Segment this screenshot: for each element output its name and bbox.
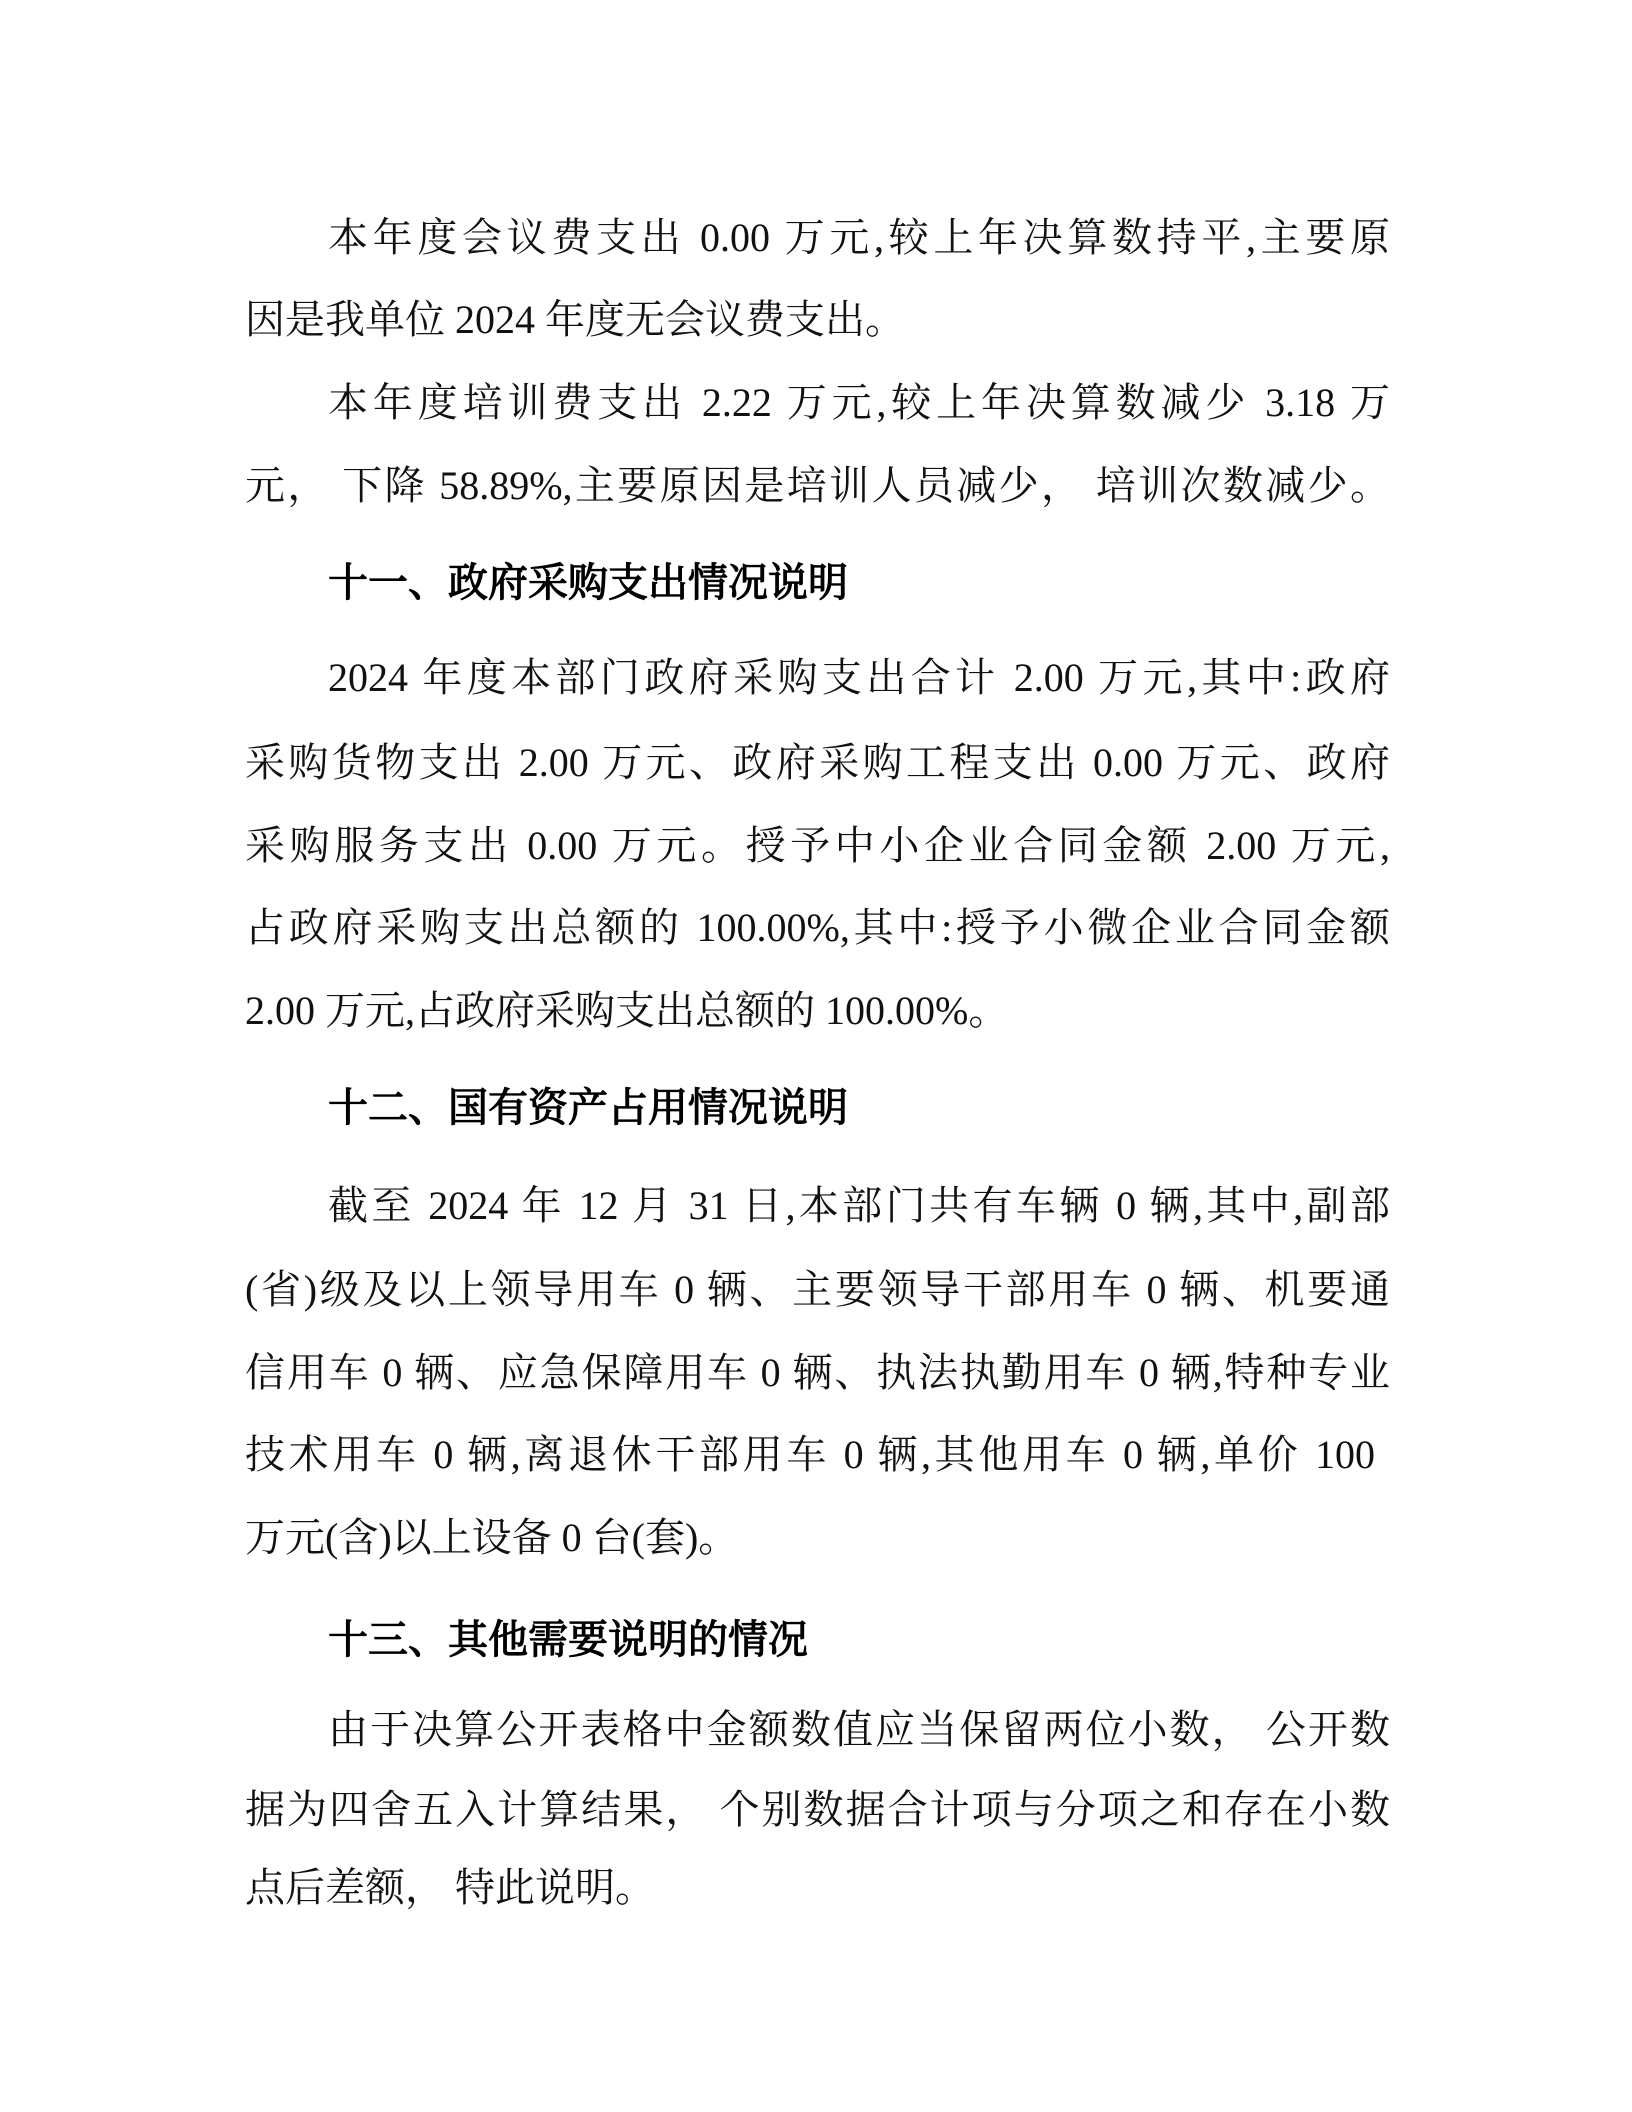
heading-government-procurement: 十一、政府采购支出情况说明 [328,559,848,607]
paragraph-state-assets-line-2: (省)级及以上领导用车 0 辆、主要领导干部用车 0 辆、机要通 [245,1266,1390,1314]
paragraph-other-notes-line-3: 点后差额， 特此说明。 [245,1864,1390,1912]
paragraph-training-fee-line-2: 元， 下降 58.89%,主要原因是培训人员减少， 培训次数减少。 [245,462,1390,510]
paragraph-state-assets-line-5: 万元(含)以上设备 0 台(套)。 [245,1514,1390,1562]
paragraph-training-fee-line-1: 本年度培训费支出 2.22 万元,较上年决算数减少 3.18 万 [328,379,1390,427]
paragraph-procurement-line-4: 占政府采购支出总额的 100.00%,其中:授予小微企业合同金额 [245,904,1390,952]
paragraph-meeting-fee-line-2: 因是我单位 2024 年度无会议费支出。 [245,296,1390,344]
heading-state-assets: 十二、国有资产占用情况说明 [328,1084,848,1132]
paragraph-state-assets-line-1: 截至 2024 年 12 月 31 日,本部门共有车辆 0 辆,其中,副部 [328,1182,1390,1230]
paragraph-meeting-fee-line-1: 本年度会议费支出 0.00 万元,较上年决算数持平,主要原 [328,214,1390,262]
paragraph-state-assets-line-3: 信用车 0 辆、应急保障用车 0 辆、执法执勤用车 0 辆,特种专业 [245,1349,1390,1397]
paragraph-procurement-line-5: 2.00 万元,占政府采购支出总额的 100.00%。 [245,987,1390,1035]
heading-other-notes: 十三、其他需要说明的情况 [328,1616,808,1664]
paragraph-procurement-line-2: 采购货物支出 2.00 万元、政府采购工程支出 0.00 万元、政府 [245,739,1390,787]
paragraph-procurement-line-3: 采购服务支出 0.00 万元。授予中小企业合同金额 2.00 万元, [245,822,1390,870]
paragraph-other-notes-line-2: 据为四舍五入计算结果， 个别数据合计项与分项之和存在小数 [245,1786,1390,1834]
paragraph-state-assets-line-4: 技术用车 0 辆,离退休干部用车 0 辆,其他用车 0 辆,单价 100 [245,1431,1375,1479]
document-page: 本年度会议费支出 0.00 万元,较上年决算数持平,主要原 因是我单位 2024… [0,0,1632,2112]
paragraph-procurement-line-1: 2024 年度本部门政府采购支出合计 2.00 万元,其中:政府 [328,654,1390,702]
paragraph-other-notes-line-1: 由于决算公开表格中金额数值应当保留两位小数， 公开数 [328,1706,1390,1754]
